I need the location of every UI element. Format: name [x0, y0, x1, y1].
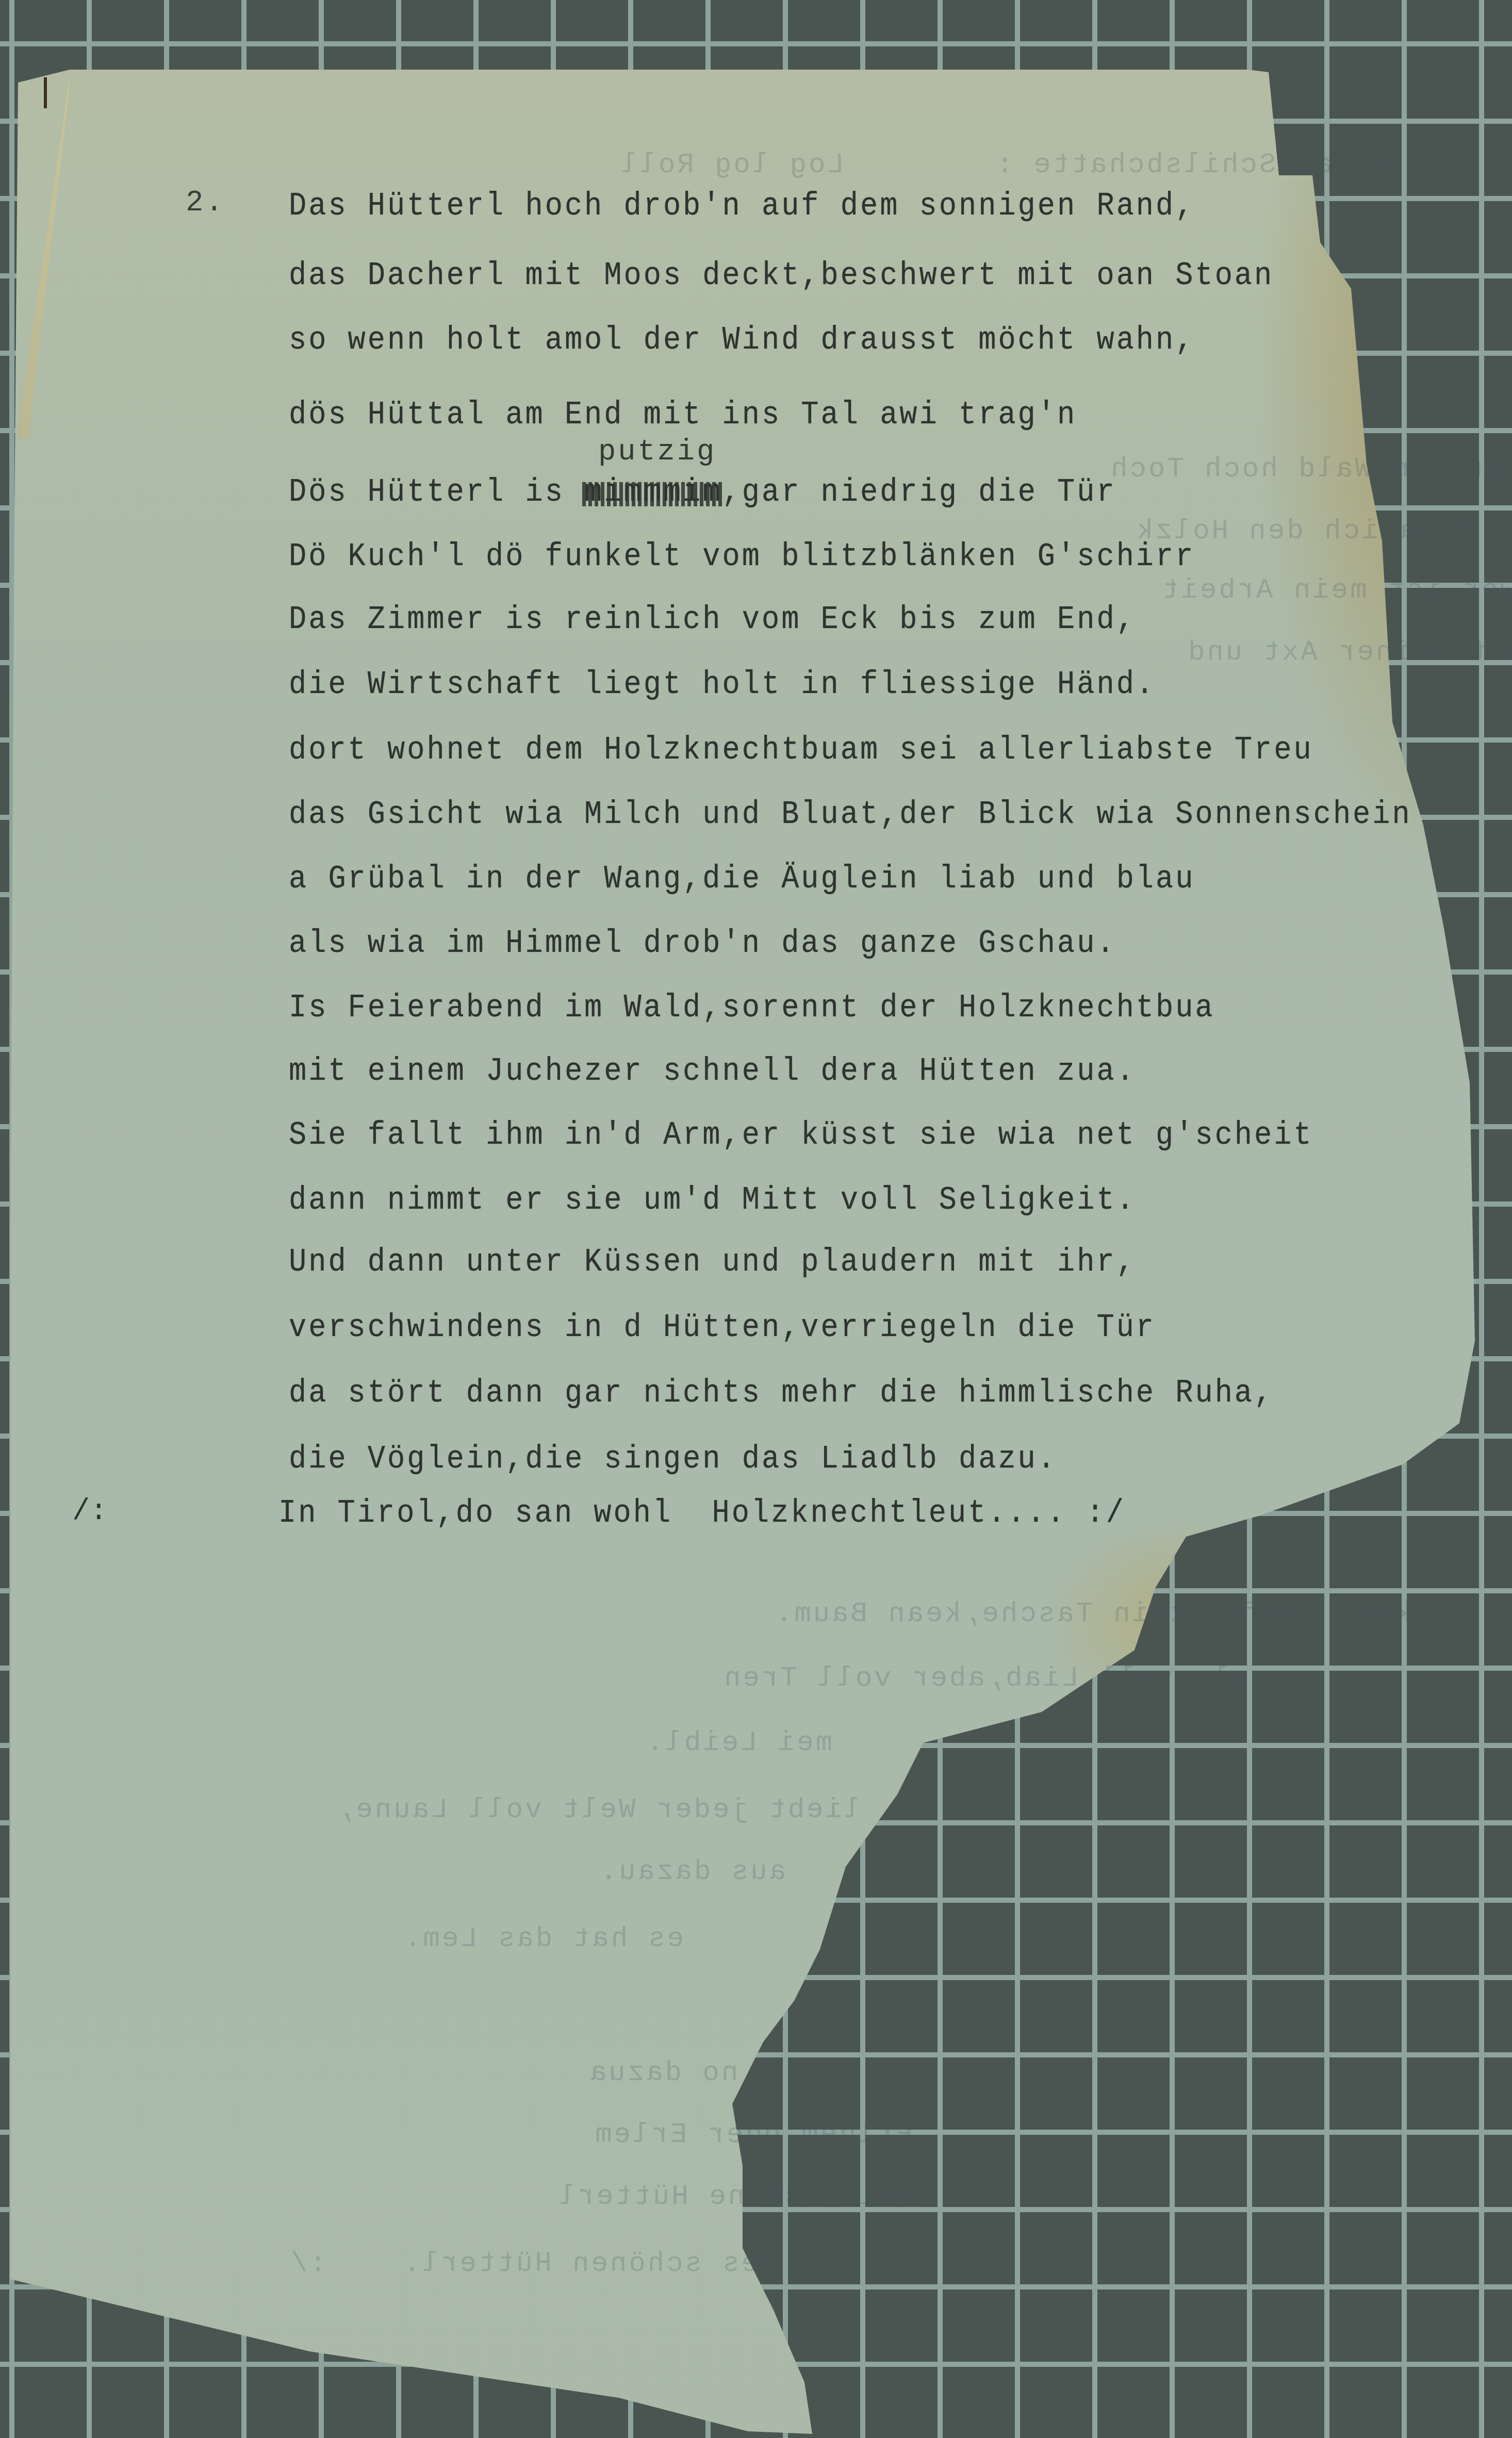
lyric-line: dort wohnet dem Holzknechtbuam sei aller… [289, 733, 1313, 767]
lyric-line: als wia im Himmel drob'n das ganze Gscha… [289, 926, 1116, 961]
show-through-line: Im grünen Wald hoch Toch [1109, 454, 1512, 485]
show-through-line: des schönen Hütterl. :/ [289, 2248, 777, 2280]
show-through-line: mein schöne Hütterl [557, 2181, 914, 2213]
show-through-line: kean Teufel,kein Tasche,kean Baum. [774, 1599, 1412, 1630]
lyric-line: die Wirtschaft liegt holt in fliessige H… [289, 667, 1156, 702]
lyric-line: Dö Kuch'l dö funkelt vom blitzblänken G'… [289, 539, 1195, 574]
lyric-line: so wenn holt amol der Wind drausst möcht… [289, 323, 1195, 357]
page-tear-mark [44, 77, 47, 108]
refrain-line: In Tirol,do san wohl Holzknechtleut.... … [278, 1496, 1126, 1530]
lyric-line: Is Feierabend im Wald,sorennt der Holzkn… [289, 991, 1215, 1025]
show-through-line: Schwer ist mein Arbeit [1160, 575, 1512, 606]
repeat-open-marker: /: [72, 1495, 107, 1528]
show-through-line: mit meiner Axt und [1186, 637, 1512, 668]
show-through-line: mei Leibl. [645, 1727, 832, 1759]
lyric-line: Das Zimmer is reinlich vom Eck bis zum E… [289, 602, 1136, 637]
lyric-line: da stört dann gar nichts mehr die himmli… [289, 1376, 1274, 1410]
show-through-line: no dazua [588, 2057, 738, 2089]
lyric-line: mit einem Juchezer schnell dera Hütten z… [289, 1054, 1136, 1089]
verse-number: 2. [186, 187, 225, 220]
lyric-line: das Gsicht wia Milch und Bluat,der Blick… [289, 797, 1412, 832]
lyric-line: das Dacherl mit Moos deckt,beschwert mit… [289, 258, 1274, 293]
show-through-line: als voll Liab,aber voll Tren [722, 1663, 1247, 1694]
struck-out-word: mimmmim [584, 474, 722, 511]
lyric-line: dös Hüttal am End mit ins Tal awi trag'n [289, 398, 1077, 432]
lyric-line: a Grübal in der Wang,die Äuglein liab un… [289, 862, 1195, 896]
show-through-header: Kenal Schilsbchatte : Log log Roll [619, 150, 1389, 181]
show-through-line: liebt jeder Welt voll Laune, [335, 1794, 861, 1826]
lyric-line: die Vöglein,die singen das Liadlb dazu. [289, 1442, 1057, 1476]
handtyped-insertion: putzig [598, 436, 716, 469]
document-page [0, 0, 1512, 2438]
line-start: Dös Hütterl is [289, 474, 584, 511]
show-through-line: aus dazau. [598, 1856, 786, 1888]
show-through-line: Erlgem oder Erlem [593, 2119, 912, 2151]
lyric-line: Und dann unter Küssen und plaudern mit i… [289, 1245, 1136, 1279]
show-through-line: es hat das Lem. [402, 1923, 684, 1955]
lyric-line: Sie fallt ihm in'd Arm,er küsst sie wia … [289, 1118, 1313, 1152]
lyric-line: verschwindens in d Hütten,verriegeln die… [289, 1310, 1156, 1345]
lyric-line-with-correction: Dös Hütterl is mimmmim,gar niedrig die T… [289, 475, 1116, 509]
line-end: ,gar niedrig die Tür [722, 474, 1116, 511]
lyric-line: Das Hütterl hoch drob'n auf dem sonnigen… [289, 189, 1195, 223]
lyric-line: dann nimmt er sie um'd Mitt voll Seligke… [289, 1183, 1136, 1217]
